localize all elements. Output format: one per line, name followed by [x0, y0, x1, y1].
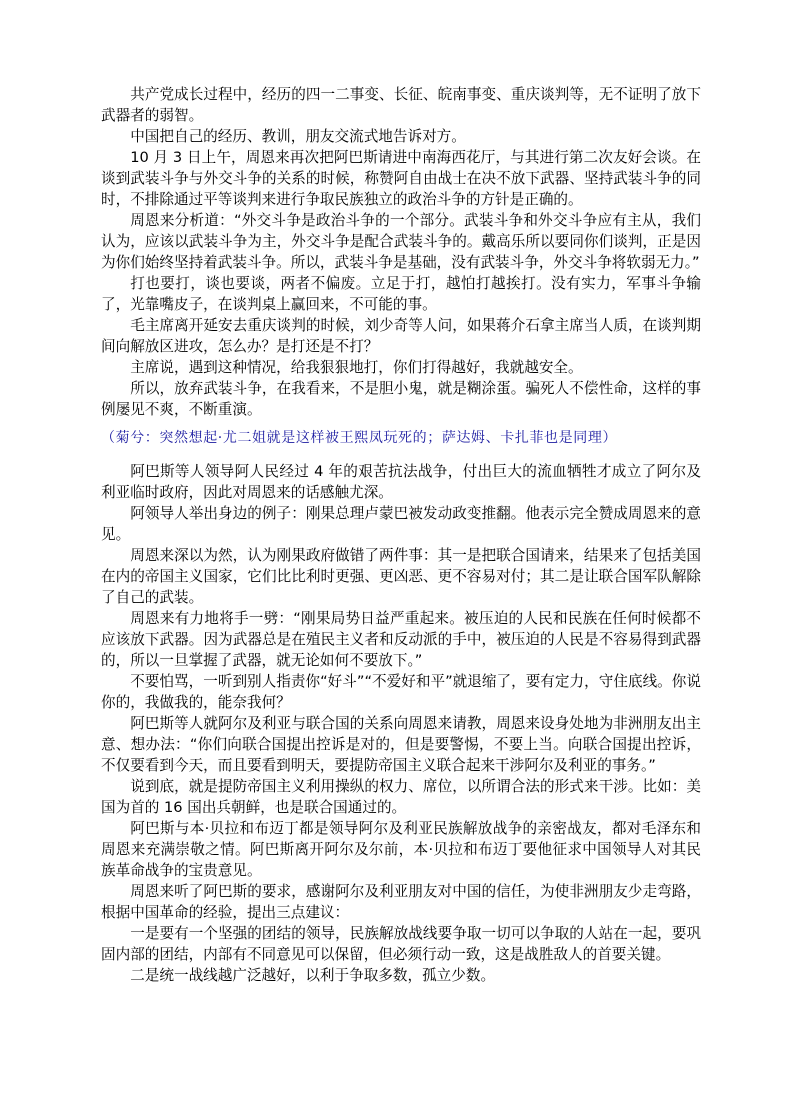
paragraph: 一是要有一个坚强的团结的领导，民族解放战线要争取一切可以争取的人站在一起，要巩固…	[101, 923, 701, 965]
paragraph: 周恩来有力地将手一劈：“刚果局势日益严重起来。被压迫的人民和民族在任何时候都不应…	[101, 608, 701, 671]
paragraph: 周恩来听了阿巴斯的要求，感谢阿尔及利亚朋友对中国的信任，为使非洲朋友少走弯路，根…	[101, 881, 701, 923]
paragraph: 所以，放弃武装斗争，在我看来，不是胆小鬼，就是糊涂蛋。骗死人不偿性命，这样的事例…	[101, 378, 701, 420]
paragraph: 周恩来深以为然，认为刚果政府做错了两件事：其一是把联合国请来，结果来了包括美国在…	[101, 545, 701, 608]
paragraph: 不要怕骂，一听到别人指责你“好斗”“不爱好和平”就退缩了，要有定力，守住底线。你…	[101, 671, 701, 713]
document-page: 共产党成长过程中，经历的四一二事变、长征、皖南事变、重庆谈判等，无不证明了放下武…	[101, 84, 701, 986]
paragraph: 阿巴斯等人领导阿人民经过 4 年的艰苦抗法战争，付出巨大的流血牺牲才成立了阿尔及…	[101, 461, 701, 503]
paragraph: 阿巴斯与本·贝拉和布迈丁都是领导阿尔及利亚民族解放战争的亲密战友，都对毛泽东和周…	[101, 818, 701, 881]
paragraph: 说到底，就是提防帝国主义利用操纵的权力、席位，以所谓合法的形式来干涉。比如：美国…	[101, 776, 701, 818]
paragraph: 10 月 3 日上午，周恩来再次把阿巴斯请进中南海西花厅，与其进行第二次友好会谈…	[101, 147, 701, 210]
paragraph: 中国把自己的经历、教训，朋友交流式地告诉对方。	[101, 126, 701, 147]
paragraph: 二是统一战线越广泛越好，以利于争取多数，孤立少数。	[101, 965, 701, 986]
paragraph: 阿领导人举出身边的例子：刚果总理卢蒙巴被发动政变推翻。他表示完全赞成周恩来的意见…	[101, 503, 701, 545]
paragraph: 毛主席离开延安去重庆谈判的时候，刘少奇等人问，如果蒋介石拿主席当人质，在谈判期间…	[101, 315, 701, 357]
paragraph: 共产党成长过程中，经历的四一二事变、长征、皖南事变、重庆谈判等，无不证明了放下武…	[101, 84, 701, 126]
editor-note: （菊兮：突然想起·尤二姐就是这样被王熙凤玩死的；萨达姆、卡扎菲也是同理）	[101, 428, 701, 449]
paragraph: 阿巴斯等人就阿尔及利亚与联合国的关系向周恩来请教，周恩来设身处地为非洲朋友出主意…	[101, 713, 701, 776]
paragraph: 打也要打，谈也要谈，两者不偏废。立足于打，越怕打越挨打。没有实力，军事斗争输了，…	[101, 273, 701, 315]
paragraph: 主席说，遇到这种情况，给我狠狠地打，你们打得越好，我就越安全。	[101, 357, 701, 378]
paragraph: 周恩来分析道：“外交斗争是政治斗争的一个部分。武装斗争和外交斗争应有主从，我们认…	[101, 210, 701, 273]
